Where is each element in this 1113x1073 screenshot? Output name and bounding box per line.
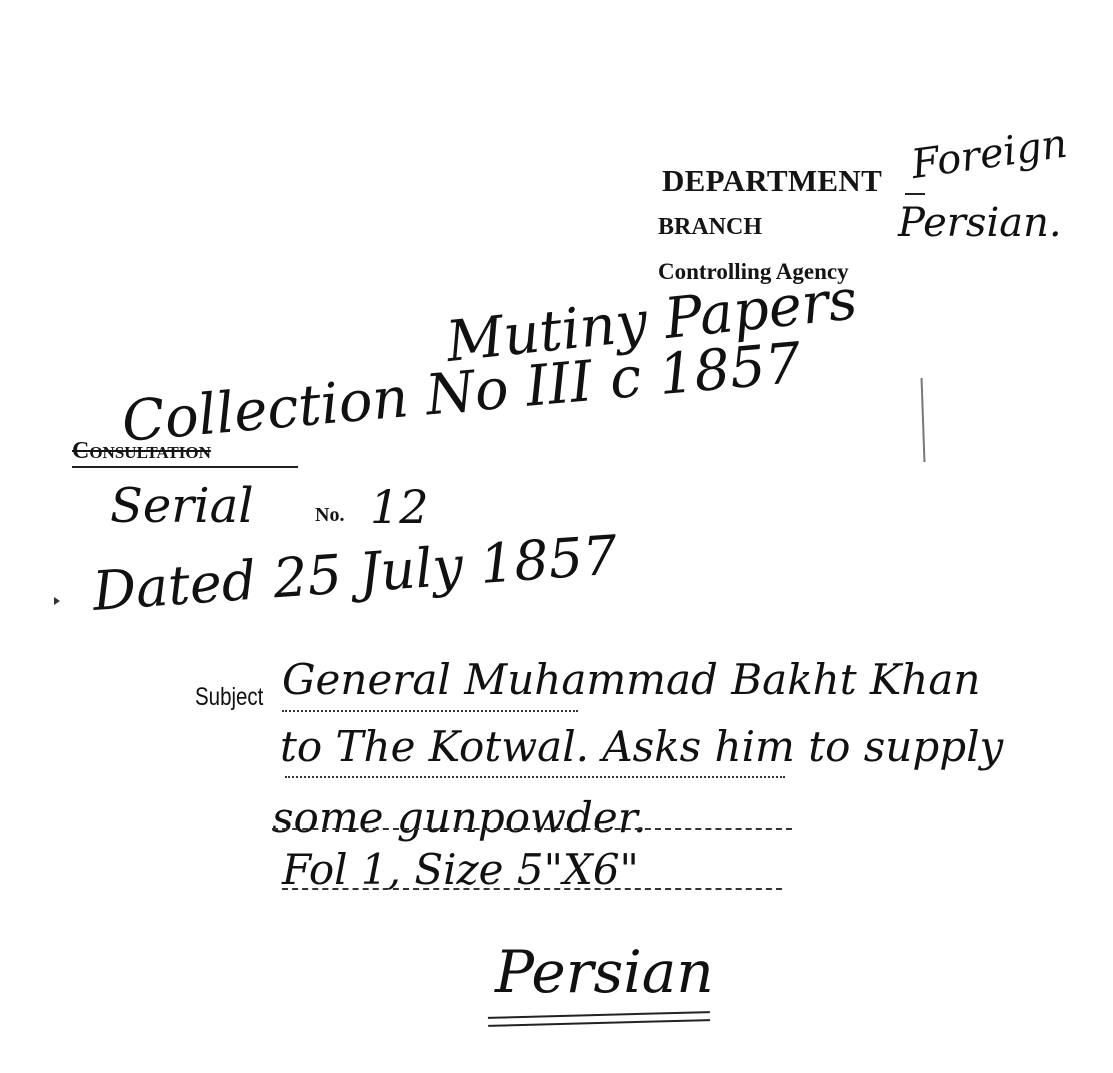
branch-label: BRANCH xyxy=(658,214,762,241)
subject-line-4-folio-size: Fol 1, Size 5"X6" xyxy=(282,845,639,894)
subject-line-3: some gunpowder. xyxy=(272,793,647,842)
serial-word: Serial xyxy=(110,478,254,534)
branch-value: Persian. xyxy=(898,200,1062,246)
serial-number: 12 xyxy=(370,480,429,534)
consultation-underline xyxy=(72,466,298,468)
subject-dashed-rule-3 xyxy=(272,828,792,830)
department-underline xyxy=(905,193,925,195)
consultation-label-struck: Consultation xyxy=(72,438,211,465)
subject-dotted-rule-2 xyxy=(285,776,785,778)
subject-line-2: to The Kotwal. Asks him to supply xyxy=(280,722,1003,771)
department-value: Foreign xyxy=(909,121,1070,188)
language-double-underline xyxy=(488,1011,710,1027)
margin-pencil-mark xyxy=(921,378,926,462)
margin-tick-icon xyxy=(54,597,60,605)
language-note: Persian xyxy=(495,938,714,1006)
serial-no-label: No. xyxy=(315,504,344,527)
department-label: DEPARTMENT xyxy=(662,163,882,199)
subject-label: Subject xyxy=(195,683,263,712)
subject-line-1: General Muhammad Bakht Khan xyxy=(282,655,980,704)
subject-dashed-rule-4 xyxy=(282,888,782,890)
subject-dotted-rule-1 xyxy=(282,710,578,712)
date-entry: Dated 25 July 1857 xyxy=(91,523,620,623)
